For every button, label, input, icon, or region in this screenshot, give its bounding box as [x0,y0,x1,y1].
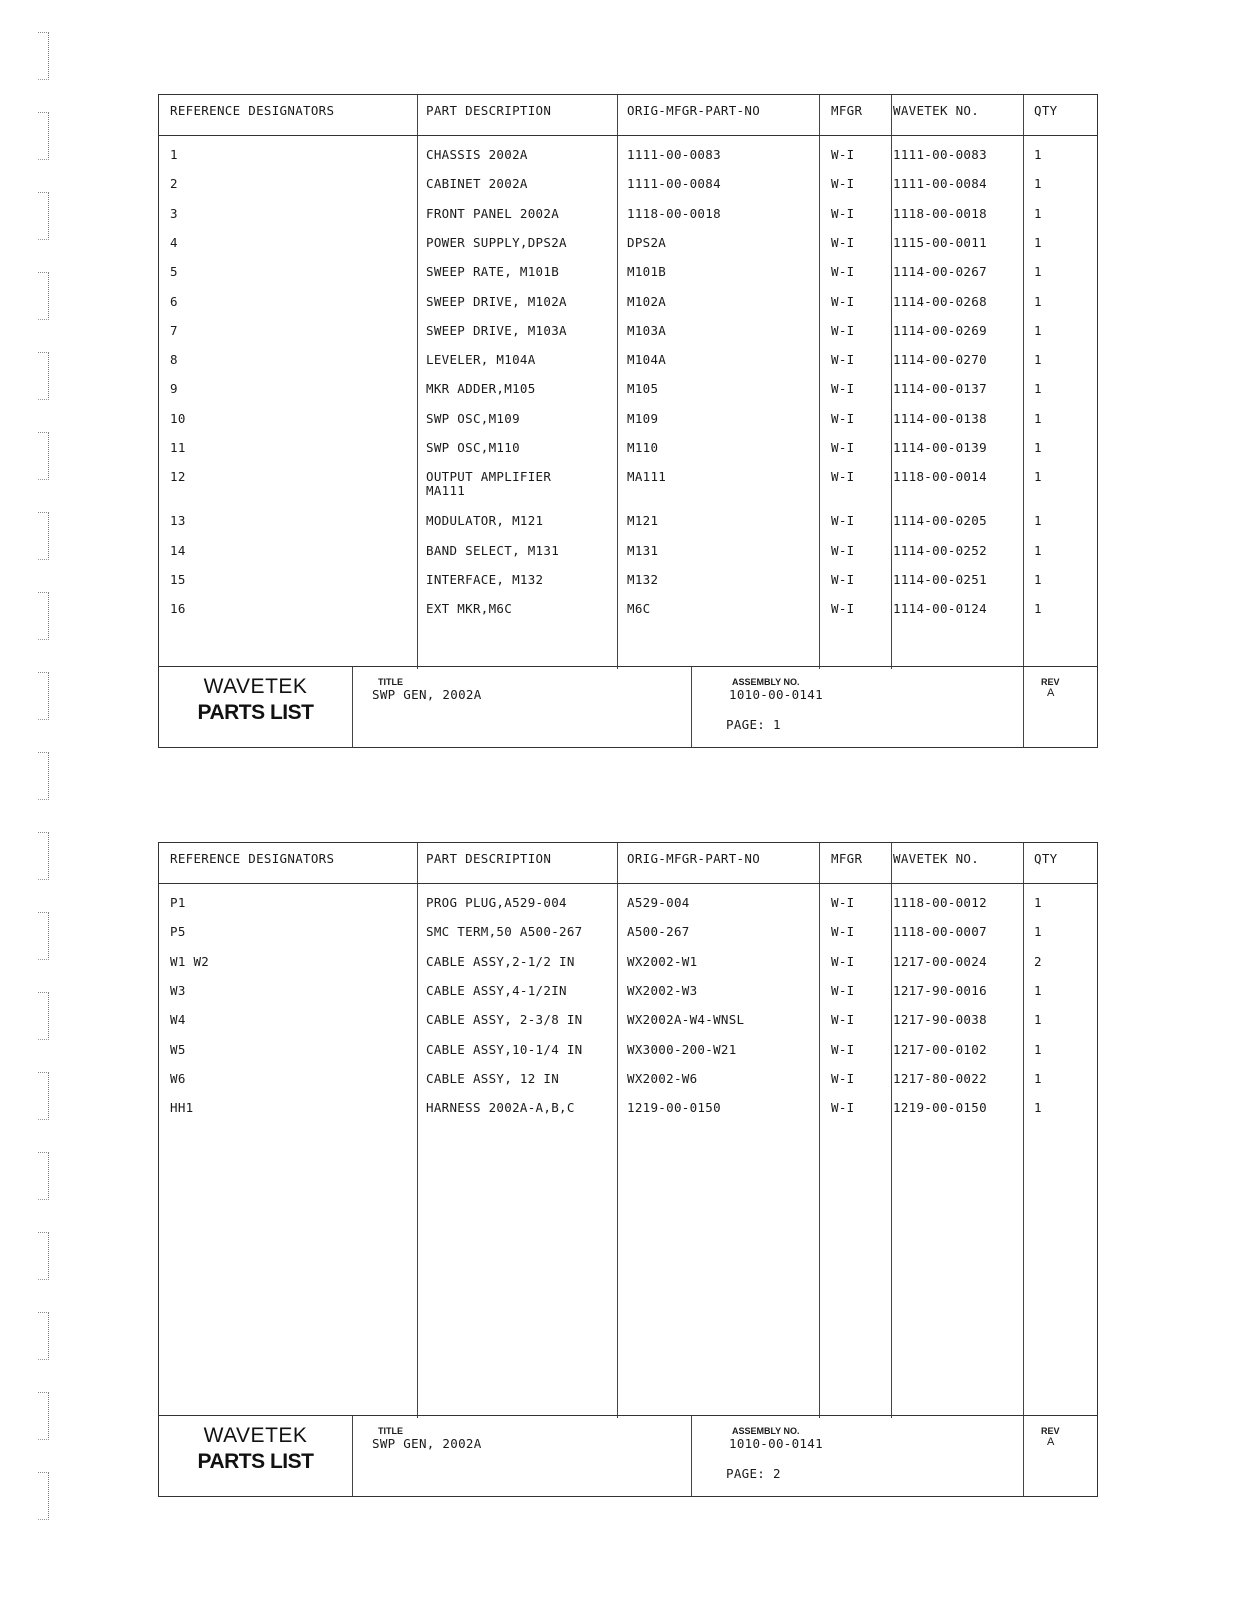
cell-part-description: POWER SUPPLY,DPS2A [426,236,567,250]
cell-qty: 1 [1034,353,1042,367]
cell-qty: 1 [1034,295,1042,309]
cell-qty: 1 [1034,514,1042,528]
assembly-title: SWP GEN, 2002A [372,1436,482,1451]
cell-qty: 1 [1034,382,1042,396]
cell-wavetek-no: 1114-00-0205 [893,514,987,528]
cell-orig-mfgr-part-no: 1111-00-0083 [627,148,721,162]
cell-part-description: CHASSIS 2002A [426,148,528,162]
revision-label: REV [1041,677,1060,687]
cell-qty: 1 [1034,148,1042,162]
cell-mfgr: W-I [831,207,854,221]
cell-ref-designator: 6 [170,295,178,309]
cell-orig-mfgr-part-no: M105 [627,382,658,396]
brand-name: WAVETEK [159,675,352,699]
cell-qty: 1 [1034,544,1042,558]
revision-value: A [1047,1436,1054,1448]
cell-mfgr: W-I [831,382,854,396]
cell-part-description: PROG PLUG,A529-004 [426,896,567,910]
column-divider [617,843,618,1418]
cell-ref-designator: W3 [170,984,186,998]
cell-orig-mfgr-part-no: M103A [627,324,666,338]
cell-qty: 1 [1034,1101,1042,1115]
cell-wavetek-no: 1114-00-0137 [893,382,987,396]
cell-mfgr: W-I [831,925,854,939]
binder-hole [38,1472,49,1520]
title-block-divider [352,667,353,747]
cell-wavetek-no: 1114-00-0252 [893,544,987,558]
title-block: WAVETEK PARTS LIST TITLE SWP GEN, 2002A … [159,666,1097,747]
cell-mfgr: W-I [831,602,854,616]
cell-mfgr: W-I [831,470,854,484]
cell-wavetek-no: 1118-00-0012 [893,896,987,910]
cell-wavetek-no: 1114-00-0139 [893,441,987,455]
binder-hole [38,752,49,800]
column-divider [891,843,892,1418]
cell-ref-designator: 8 [170,353,178,367]
cell-mfgr: W-I [831,955,854,969]
title-label: TITLE [378,677,403,687]
assembly-number: 1010-00-0141 [729,687,823,702]
binder-hole [38,272,49,320]
cell-mfgr: W-I [831,295,854,309]
cell-orig-mfgr-part-no: 1111-00-0084 [627,177,721,191]
cell-qty: 1 [1034,236,1042,250]
cell-qty: 1 [1034,441,1042,455]
cell-qty: 1 [1034,984,1042,998]
cell-ref-designator: W4 [170,1013,186,1027]
cell-part-description: SWEEP RATE, M101B [426,265,559,279]
cell-qty: 2 [1034,955,1042,969]
cell-orig-mfgr-part-no: WX2002-W1 [627,955,697,969]
column-header-part-description: PART DESCRIPTION [426,103,551,118]
cell-part-description: CABINET 2002A [426,177,528,191]
cell-wavetek-no: 1114-00-0138 [893,412,987,426]
cell-orig-mfgr-part-no: A529-004 [627,896,690,910]
binder-hole [38,192,49,240]
column-divider [617,95,618,669]
cell-mfgr: W-I [831,441,854,455]
document-type: PARTS LIST [159,1450,352,1474]
cell-orig-mfgr-part-no: WX3000-200-W21 [627,1043,737,1057]
binder-hole [38,1232,49,1280]
cell-wavetek-no: 1217-00-0102 [893,1043,987,1057]
cell-mfgr: W-I [831,544,854,558]
column-divider [417,843,418,1418]
cell-mfgr: W-I [831,236,854,250]
assembly-title: SWP GEN, 2002A [372,687,482,702]
cell-mfgr: W-I [831,148,854,162]
cell-qty: 1 [1034,265,1042,279]
cell-wavetek-no: 1118-00-0007 [893,925,987,939]
cell-wavetek-no: 1217-90-0038 [893,1013,987,1027]
cell-orig-mfgr-part-no: M131 [627,544,658,558]
cell-mfgr: W-I [831,1072,854,1086]
cell-part-description: SWEEP DRIVE, M103A [426,324,567,338]
wavetek-logo: WAVETEK PARTS LIST [159,675,352,725]
cell-qty: 1 [1034,1013,1042,1027]
document-type: PARTS LIST [159,701,352,725]
cell-orig-mfgr-part-no: 1219-00-0150 [627,1101,721,1115]
cell-orig-mfgr-part-no: WX2002-W6 [627,1072,697,1086]
cell-part-description: CABLE ASSY,10-1/4 IN [426,1043,583,1057]
cell-ref-designator: HH1 [170,1101,193,1115]
cell-mfgr: W-I [831,896,854,910]
cell-ref-designator: W5 [170,1043,186,1057]
cell-part-description: SWEEP DRIVE, M102A [426,295,567,309]
title-block-divider [1023,1416,1024,1496]
column-header-part-description: PART DESCRIPTION [426,851,551,866]
column-header-orig-mfgr-part-no: ORIG-MFGR-PART-NO [627,103,760,118]
binder-hole [38,912,49,960]
column-header-wavetek-no: WAVETEK NO. [893,103,979,118]
binder-hole [38,112,49,160]
cell-part-description: FRONT PANEL 2002A [426,207,559,221]
cell-wavetek-no: 1114-00-0270 [893,353,987,367]
cell-orig-mfgr-part-no: M6C [627,602,650,616]
binder-hole [38,832,49,880]
binder-hole [38,672,49,720]
cell-ref-designator: 10 [170,412,186,426]
cell-part-description: HARNESS 2002A-A,B,C [426,1101,575,1115]
cell-mfgr: W-I [831,412,854,426]
column-header-qty: QTY [1034,103,1057,118]
cell-orig-mfgr-part-no: M101B [627,265,666,279]
cell-part-description: CABLE ASSY,2-1/2 IN [426,955,575,969]
binder-hole [38,992,49,1040]
cell-ref-designator: W6 [170,1072,186,1086]
cell-mfgr: W-I [831,984,854,998]
cell-ref-designator: 11 [170,441,186,455]
cell-orig-mfgr-part-no: DPS2A [627,236,666,250]
cell-part-description: CABLE ASSY, 12 IN [426,1072,559,1086]
title-label: TITLE [378,1426,403,1436]
cell-wavetek-no: 1115-00-0011 [893,236,987,250]
cell-mfgr: W-I [831,1013,854,1027]
cell-part-description: EXT MKR,M6C [426,602,512,616]
cell-part-description: OUTPUT AMPLIFIER MA111 [426,470,551,498]
cell-qty: 1 [1034,207,1042,221]
column-header-ref-designator: REFERENCE DESIGNATORS [170,851,334,866]
column-divider [891,95,892,669]
revision-label: REV [1041,1426,1060,1436]
cell-mfgr: W-I [831,573,854,587]
column-header-ref-designator: REFERENCE DESIGNATORS [170,103,334,118]
cell-wavetek-no: 1114-00-0124 [893,602,987,616]
cell-wavetek-no: 1118-00-0018 [893,207,987,221]
cell-wavetek-no: 1219-00-0150 [893,1101,987,1115]
column-divider [1023,95,1024,669]
cell-part-description: BAND SELECT, M131 [426,544,559,558]
page-number: PAGE: 1 [726,717,781,732]
cell-ref-designator: 9 [170,382,178,396]
cell-mfgr: W-I [831,265,854,279]
cell-qty: 1 [1034,925,1042,939]
cell-orig-mfgr-part-no: MA111 [627,470,666,484]
cell-qty: 1 [1034,324,1042,338]
parts-list-page-1: REFERENCE DESIGNATORSPART DESCRIPTIONORI… [158,94,1098,748]
cell-mfgr: W-I [831,177,854,191]
page-number: PAGE: 2 [726,1466,781,1481]
title-block: WAVETEK PARTS LIST TITLE SWP GEN, 2002A … [159,1415,1097,1496]
assembly-number-label: ASSEMBLY NO. [732,1426,800,1436]
cell-qty: 1 [1034,470,1042,484]
cell-orig-mfgr-part-no: M110 [627,441,658,455]
assembly-number: 1010-00-0141 [729,1436,823,1451]
binder-hole [38,1312,49,1360]
cell-qty: 1 [1034,602,1042,616]
title-block-divider [691,667,692,747]
cell-part-description: LEVELER, M104A [426,353,536,367]
cell-part-description: SMC TERM,50 A500-267 [426,925,583,939]
cell-wavetek-no: 1217-80-0022 [893,1072,987,1086]
binder-hole [38,512,49,560]
cell-mfgr: W-I [831,1043,854,1057]
binder-hole [38,592,49,640]
binder-hole [38,1392,49,1440]
cell-wavetek-no: 1111-00-0083 [893,148,987,162]
revision-value: A [1047,687,1054,699]
cell-ref-designator: 2 [170,177,178,191]
cell-ref-designator: 13 [170,514,186,528]
cell-orig-mfgr-part-no: M109 [627,412,658,426]
cell-orig-mfgr-part-no: 1118-00-0018 [627,207,721,221]
table-header: REFERENCE DESIGNATORSPART DESCRIPTIONORI… [159,95,1097,136]
column-divider [819,843,820,1418]
cell-part-description: CABLE ASSY,4-1/2IN [426,984,567,998]
binder-hole [38,352,49,400]
assembly-number-label: ASSEMBLY NO. [732,677,800,687]
cell-orig-mfgr-part-no: M132 [627,573,658,587]
binder-hole [38,432,49,480]
cell-qty: 1 [1034,1043,1042,1057]
cell-part-description: SWP OSC,M110 [426,441,520,455]
column-header-mfgr: MFGR [831,103,862,118]
column-divider [417,95,418,669]
title-block-divider [352,1416,353,1496]
cell-wavetek-no: 1114-00-0267 [893,265,987,279]
cell-orig-mfgr-part-no: A500-267 [627,925,690,939]
cell-ref-designator: 5 [170,265,178,279]
brand-name: WAVETEK [159,1424,352,1448]
cell-ref-designator: P1 [170,896,186,910]
binder-hole [38,1072,49,1120]
cell-orig-mfgr-part-no: M104A [627,353,666,367]
cell-ref-designator: 15 [170,573,186,587]
title-block-divider [1023,667,1024,747]
cell-wavetek-no: 1217-90-0016 [893,984,987,998]
cell-orig-mfgr-part-no: M121 [627,514,658,528]
binder-hole [38,32,49,80]
cell-part-description: INTERFACE, M132 [426,573,543,587]
cell-orig-mfgr-part-no: WX2002-W3 [627,984,697,998]
column-header-mfgr: MFGR [831,851,862,866]
cell-ref-designator: 4 [170,236,178,250]
cell-wavetek-no: 1118-00-0014 [893,470,987,484]
column-divider [819,95,820,669]
column-divider [1023,843,1024,1418]
title-block-divider [691,1416,692,1496]
cell-part-description: SWP OSC,M109 [426,412,520,426]
cell-orig-mfgr-part-no: M102A [627,295,666,309]
column-header-wavetek-no: WAVETEK NO. [893,851,979,866]
cell-wavetek-no: 1114-00-0268 [893,295,987,309]
parts-list-page-2: REFERENCE DESIGNATORSPART DESCRIPTIONORI… [158,842,1098,1497]
cell-ref-designator: 16 [170,602,186,616]
cell-mfgr: W-I [831,1101,854,1115]
cell-part-description: CABLE ASSY, 2-3/8 IN [426,1013,583,1027]
cell-ref-designator: 3 [170,207,178,221]
cell-wavetek-no: 1114-00-0251 [893,573,987,587]
cell-mfgr: W-I [831,514,854,528]
cell-ref-designator: 1 [170,148,178,162]
cell-wavetek-no: 1111-00-0084 [893,177,987,191]
cell-ref-designator: W1 W2 [170,955,209,969]
cell-qty: 1 [1034,177,1042,191]
cell-part-description: MODULATOR, M121 [426,514,543,528]
cell-wavetek-no: 1217-00-0024 [893,955,987,969]
cell-wavetek-no: 1114-00-0269 [893,324,987,338]
cell-part-description: MKR ADDER,M105 [426,382,536,396]
column-header-orig-mfgr-part-no: ORIG-MFGR-PART-NO [627,851,760,866]
cell-qty: 1 [1034,573,1042,587]
cell-mfgr: W-I [831,324,854,338]
cell-ref-designator: 7 [170,324,178,338]
cell-qty: 1 [1034,896,1042,910]
cell-mfgr: W-I [831,353,854,367]
binder-hole [38,1152,49,1200]
wavetek-logo: WAVETEK PARTS LIST [159,1424,352,1474]
cell-ref-designator: P5 [170,925,186,939]
cell-orig-mfgr-part-no: WX2002A-W4-WNSL [627,1013,744,1027]
cell-ref-designator: 14 [170,544,186,558]
cell-ref-designator: 12 [170,470,186,484]
cell-qty: 1 [1034,412,1042,426]
table-header: REFERENCE DESIGNATORSPART DESCRIPTIONORI… [159,843,1097,884]
column-header-qty: QTY [1034,851,1057,866]
cell-qty: 1 [1034,1072,1042,1086]
